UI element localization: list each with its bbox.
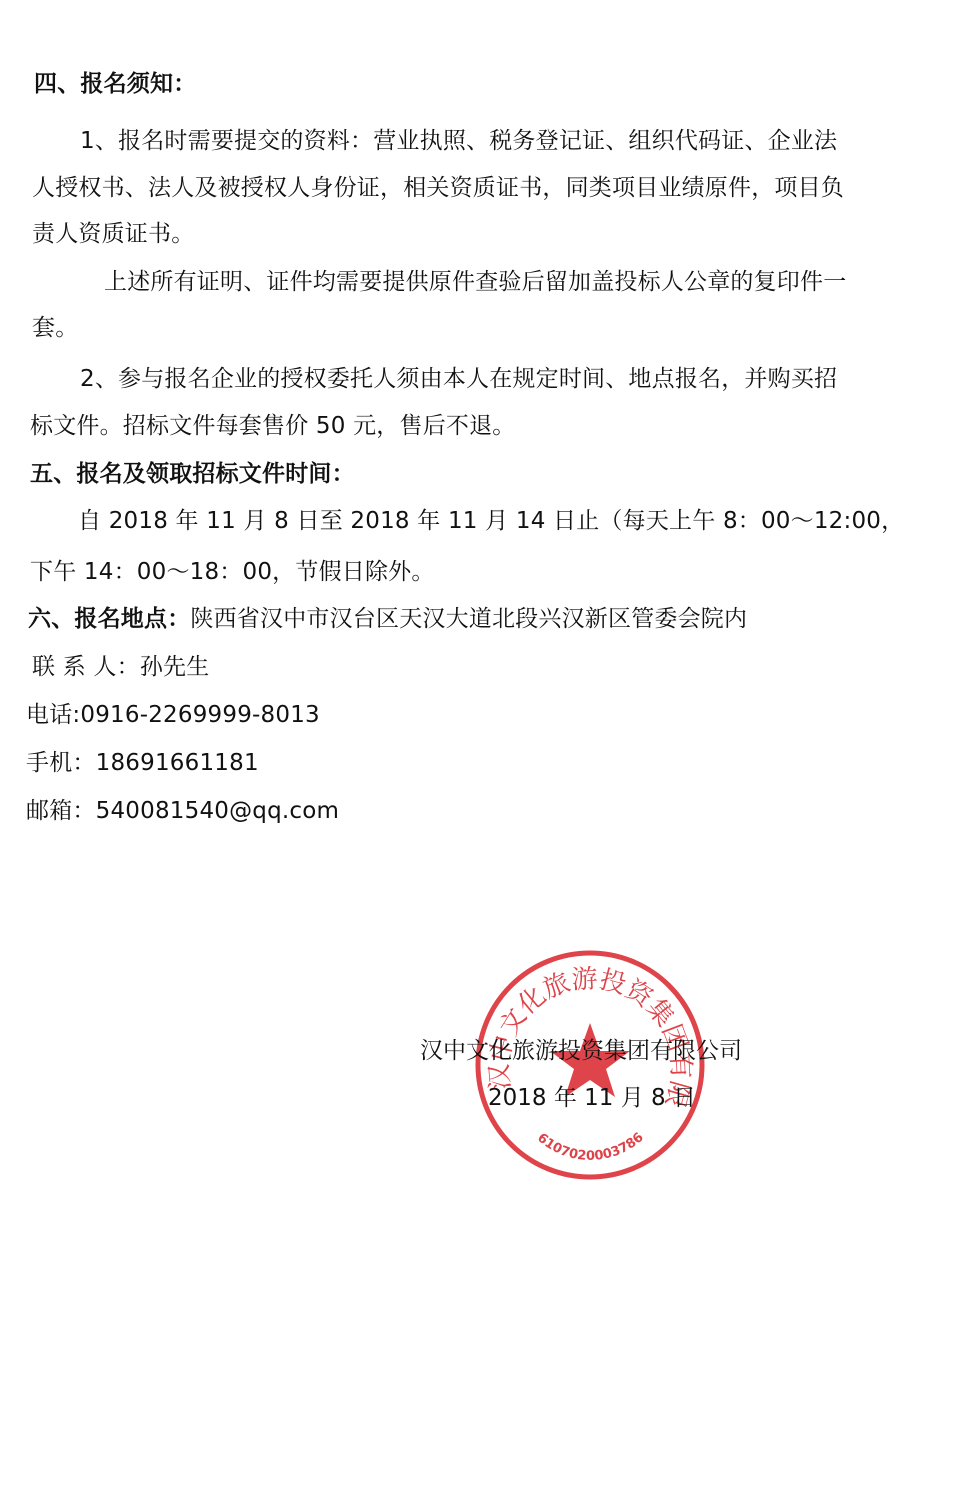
contact-person-line: 联 系 人：孙先生 — [32, 652, 209, 682]
phone-label: 电话: — [26, 702, 80, 728]
registration-address: 陕西省汉中市汉台区天汉大道北段兴汉新区管委会院内 — [190, 606, 747, 632]
item-1-line-1: 1、报名时需要提交的资料：营业执照、税务登记证、组织代码证、企业法 — [80, 126, 837, 156]
section-5-line-2: 下午 14：00～18：00，节假日除外。 — [30, 557, 435, 587]
section-5-line-1: 自 2018 年 11 月 8 日至 2018 年 11 月 14 日止（每天上… — [78, 506, 904, 536]
mobile-number: 18691661181 — [96, 750, 259, 776]
item-2-line-2: 标文件。招标文件每套售价 50 元，售后不退。 — [30, 411, 516, 441]
phone-line: 电话:0916-2269999-8013 — [26, 700, 320, 730]
signature-date: 2018 年 11 月 8 日 — [488, 1083, 696, 1113]
item-2-line-1: 2、参与报名企业的授权委托人须由本人在规定时间、地点报名，并购买招 — [80, 364, 837, 394]
section-4-heading: 四、报名须知： — [34, 69, 196, 99]
contact-person: 孙先生 — [140, 654, 210, 680]
section-5-heading: 五、报名及领取招标文件时间： — [30, 459, 355, 489]
email-address: 540081540@qq.com — [96, 798, 340, 824]
svg-text:6107020003786: 6107020003786 — [534, 1130, 646, 1164]
contact-person-label: 联 系 人： — [32, 654, 140, 680]
note-line-1: 上述所有证明、证件均需要提供原件查验后留加盖投标人公章的复印件一 — [104, 267, 846, 297]
section-6-heading: 六、报名地点： — [28, 606, 190, 632]
email-label: 邮箱： — [26, 798, 96, 824]
note-line-2: 套。 — [32, 313, 78, 343]
item-1-line-2: 人授权书、法人及被授权人身份证，相关资质证书，同类项目业绩原件，项目负 — [32, 173, 844, 203]
phone-number: 0916-2269999-8013 — [80, 702, 320, 728]
mobile-line: 手机：18691661181 — [26, 748, 259, 778]
mobile-label: 手机： — [26, 750, 96, 776]
section-6-line: 六、报名地点：陕西省汉中市汉台区天汉大道北段兴汉新区管委会院内 — [28, 604, 747, 634]
email-line: 邮箱：540081540@qq.com — [26, 796, 339, 826]
signature-company: 汉中文化旅游投资集团有限公司 — [420, 1036, 742, 1066]
item-1-line-3: 责人资质证书。 — [32, 219, 194, 249]
